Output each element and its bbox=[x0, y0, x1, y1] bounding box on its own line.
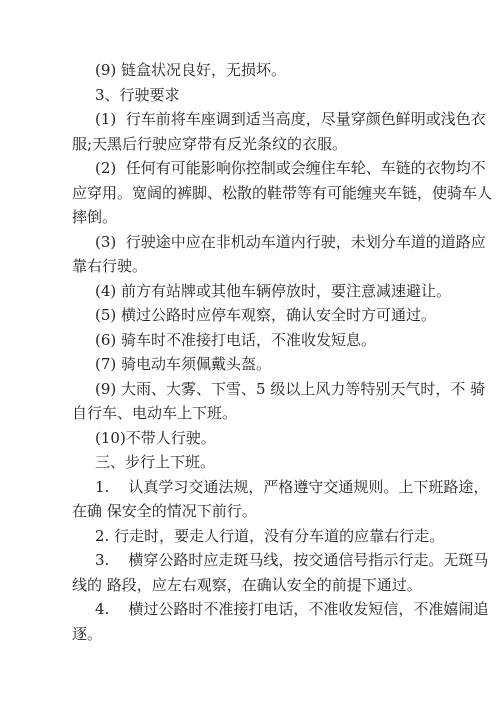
text-line: 自行车、电动车上下班。 bbox=[72, 401, 432, 426]
paragraph-rule-1: (1) 行车前将车座调到适当高度，尽量穿颜色鲜明或浅色衣 服;天黑后行驶应穿带有… bbox=[72, 107, 432, 156]
paragraph-walk-2: 2. 行走时，要走人行道，没有分车道的应靠右行走。 bbox=[72, 524, 432, 549]
heading-line: 三、步行上下班。 bbox=[72, 450, 432, 475]
text-line: 应穿用。宽阔的裤脚、松散的鞋带等有可能缠夹车链，使骑车人 bbox=[72, 181, 428, 206]
paragraph-rule-5: (5) 横过公路时应停车观察，确认安全时方可通过。 bbox=[72, 303, 432, 328]
document-page: (9) 链盒状况良好，无损坏。 3、行驶要求 (1) 行车前将车座调到适当高度，… bbox=[72, 58, 432, 646]
text-line: 4. 横过公路时不准接打电话，不准收发短信，不准嬉闹追 bbox=[72, 597, 428, 622]
paragraph-walk-1: 1. 认真学习交通法规，严格遵守交通规则。上下班路途， 在确 保安全的情况下前行… bbox=[72, 475, 432, 524]
text-line: 2. 行走时，要走人行道，没有分车道的应靠右行走。 bbox=[72, 524, 432, 549]
heading-line: 3、行驶要求 bbox=[72, 83, 432, 108]
text-line: 3. 横穿公路时应走斑马线，按交通信号指示行走。无斑马 bbox=[72, 548, 428, 573]
text-line: (9) 链盒状况良好，无损坏。 bbox=[72, 58, 432, 83]
section-heading-riding-requirements: 3、行驶要求 bbox=[72, 83, 432, 108]
paragraph-rule-4: (4) 前方有站牌或其他车辆停放时，要注意减速避让。 bbox=[72, 279, 432, 304]
text-line: (9) 大雨、大雾、下雪、5 级以上风力等特别天气时，不 骑 bbox=[72, 377, 428, 402]
paragraph-rule-7: (7) 骑电动车须佩戴头盔。 bbox=[72, 352, 432, 377]
text-line: (1) 行车前将车座调到适当高度，尽量穿颜色鲜明或浅色衣 bbox=[72, 107, 428, 132]
paragraph-rule-3: (3) 行驶途中应在非机动车道内行驶，未划分车道的道路应 靠右行驶。 bbox=[72, 230, 432, 279]
text-line: 靠右行驶。 bbox=[72, 254, 432, 279]
text-line: (2) 任何有可能影响你控制或会缠住车轮、车链的衣物均不 bbox=[72, 156, 428, 181]
paragraph-rule-10: (10)不带人行驶。 bbox=[72, 426, 432, 451]
text-line: 线的 路段，应左右观察，在确认安全的前提下通过。 bbox=[72, 573, 432, 598]
paragraph-rule-9: (9) 大雨、大雾、下雪、5 级以上风力等特别天气时，不 骑 自行车、电动车上下… bbox=[72, 377, 432, 426]
text-line: (5) 横过公路时应停车观察，确认安全时方可通过。 bbox=[72, 303, 432, 328]
section-heading-walking: 三、步行上下班。 bbox=[72, 450, 432, 475]
text-line: (4) 前方有站牌或其他车辆停放时，要注意减速避让。 bbox=[72, 279, 432, 304]
text-line: (10)不带人行驶。 bbox=[72, 426, 432, 451]
text-line: (3) 行驶途中应在非机动车道内行驶，未划分车道的道路应 bbox=[72, 230, 428, 255]
paragraph-walk-4: 4. 横过公路时不准接打电话，不准收发短信，不准嬉闹追 逐。 bbox=[72, 597, 432, 646]
paragraph-chain-box: (9) 链盒状况良好，无损坏。 bbox=[72, 58, 432, 83]
text-line: 服;天黑后行驶应穿带有反光条纹的衣服。 bbox=[72, 132, 432, 157]
text-line: 在确 保安全的情况下前行。 bbox=[72, 499, 432, 524]
text-line: (6) 骑车时不准接打电话，不准收发短息。 bbox=[72, 328, 432, 353]
text-line: 摔倒。 bbox=[72, 205, 432, 230]
text-line: 1. 认真学习交通法规，严格遵守交通规则。上下班路途， bbox=[72, 475, 428, 500]
paragraph-rule-2: (2) 任何有可能影响你控制或会缠住车轮、车链的衣物均不 应穿用。宽阔的裤脚、松… bbox=[72, 156, 432, 230]
text-line: 逐。 bbox=[72, 622, 432, 647]
text-line: (7) 骑电动车须佩戴头盔。 bbox=[72, 352, 432, 377]
paragraph-rule-6: (6) 骑车时不准接打电话，不准收发短息。 bbox=[72, 328, 432, 353]
paragraph-walk-3: 3. 横穿公路时应走斑马线，按交通信号指示行走。无斑马 线的 路段，应左右观察，… bbox=[72, 548, 432, 597]
